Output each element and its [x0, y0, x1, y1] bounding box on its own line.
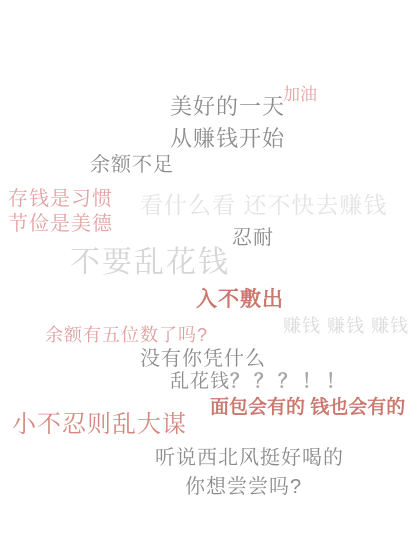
- phrase-starts-with-earning: 从赚钱开始: [170, 126, 285, 151]
- phrase-insufficient-balance: 余额不足: [90, 154, 174, 177]
- phrase-without-it-how-dare-you: 没有你凭什么: [140, 348, 266, 371]
- phrase-dont-waste-money: 不要乱花钱: [70, 246, 230, 281]
- phrase-waste-money-text: 乱花钱: [170, 371, 230, 392]
- phrase-jiayou: 加油: [283, 85, 317, 105]
- phrase-northwest-wind-tasty: 听说西北风挺好喝的: [155, 447, 344, 470]
- phrase-small-impatience-ruins-plans: 小不忍则乱大谋: [12, 411, 187, 439]
- phrase-punctuation-marks: ？？？！！: [230, 371, 350, 392]
- phrase-spending-exceeds-income: 入不敷出: [196, 288, 284, 312]
- phrase-beautiful-day: 美好的一天: [170, 94, 285, 119]
- phrase-saving-is-habit: 存钱是习惯: [8, 188, 113, 211]
- phrase-what-are-you-looking-at: 看什么看 还不快去赚钱: [140, 192, 387, 218]
- phrase-endure: 忍耐: [232, 227, 274, 250]
- phrase-want-a-taste: 你想尝尝吗?: [185, 476, 302, 499]
- phrase-thrift-is-virtue: 节俭是美德: [8, 213, 113, 236]
- phrase-waste-money-question: 乱花钱？？？！！: [170, 371, 350, 393]
- phrase-earn-money-x3: 赚钱 赚钱 赚钱: [283, 316, 409, 337]
- phrase-bread-and-money-will-come: 面包会有的 钱也会有的: [210, 397, 405, 419]
- phrase-five-digit-balance: 余额有五位数了吗?: [45, 325, 208, 346]
- money-saving-motivation-wallpaper: 加油 美好的一天 从赚钱开始 余额不足 存钱是习惯 节俭是美德 看什么看 还不快…: [0, 0, 420, 560]
